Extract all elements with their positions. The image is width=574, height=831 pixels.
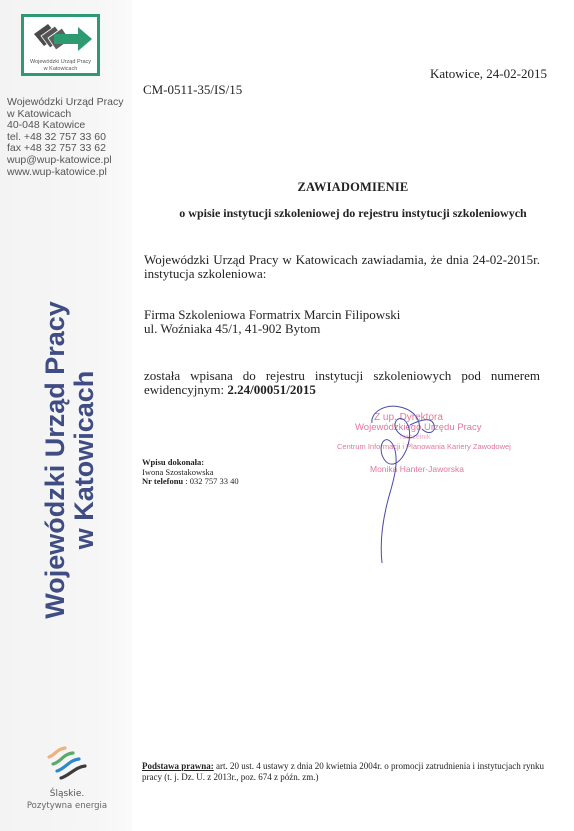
place-date: Katowice, 24-02-2015 (430, 66, 547, 82)
legal-basis-label: Podstawa prawna: (142, 761, 214, 771)
logo-caption-line2: w Katowicach (24, 66, 97, 73)
made-by-label: Wpisu dokonała: (142, 457, 204, 467)
firm-address: ul. Woźniaka 45/1, 41-902 Bytom (144, 322, 400, 336)
legal-basis: Podstawa prawna: art. 20 ust. 4 ustawy z… (142, 761, 552, 783)
registration-text: została wpisana do rejestru instytucji s… (144, 368, 540, 397)
slaskie-logo: Śląskie. Pozytywna energia (22, 745, 112, 811)
address-email: wup@wup-katowice.pl (7, 155, 124, 167)
document-subtitle: o wpisie instytucji szkoleniowej do reje… (132, 206, 574, 221)
registration-paragraph: została wpisana do rejestru instytucji s… (144, 369, 540, 397)
slaskie-waves-logo-icon (45, 745, 89, 783)
vertical-title-line2: w Katowicach (70, 301, 99, 619)
official-stamp: Z up. Dyrektora Wojewódzkiego Urzędu Pra… (330, 405, 550, 565)
vertical-institution-name: Wojewódzki Urząd Pracy w Katowicach (41, 301, 99, 619)
firm-name: Firma Szkoleniowa Formatrix Marcin Filip… (144, 308, 400, 322)
slaskie-tagline: Pozytywna energia (22, 801, 112, 811)
slaskie-brand: Śląskie. (22, 789, 112, 799)
address-website: www.wup-katowice.pl (7, 167, 124, 179)
logo-caption: Wojewódzki Urząd Pracy w Katowicach (24, 59, 97, 72)
wup-logo: Wojewódzki Urząd Pracy w Katowicach (21, 14, 100, 76)
vertical-title-line1: Wojewódzki Urząd Pracy (41, 301, 70, 619)
document-title: ZAWIADOMIENIE (132, 180, 574, 195)
office-address: Wojewódzki Urząd Pracy w Katowicach 40-0… (7, 97, 124, 178)
documents-arrow-logo-icon (30, 22, 94, 56)
registry-number: 2.24/00051/2015 (227, 382, 315, 397)
logo-caption-line1: Wojewódzki Urząd Pracy (24, 59, 97, 66)
phone-number: : 032 757 33 40 (183, 476, 239, 486)
address-line1: Wojewódzki Urząd Pracy (7, 97, 124, 109)
letterhead-sidebar: Wojewódzki Urząd Pracy w Katowicach Woje… (0, 0, 132, 831)
reference-number: CM-0511-35/IS/15 (143, 82, 242, 98)
handwritten-signature (330, 405, 550, 565)
firm-block: Firma Szkoleniowa Formatrix Marcin Filip… (144, 308, 400, 336)
entry-made-by: Wpisu dokonała: Iwona Szostakowska Nr te… (142, 458, 239, 487)
phone-label: Nr telefonu (142, 476, 183, 486)
notification-paragraph: Wojewódzki Urząd Pracy w Katowicach zawi… (144, 253, 540, 281)
